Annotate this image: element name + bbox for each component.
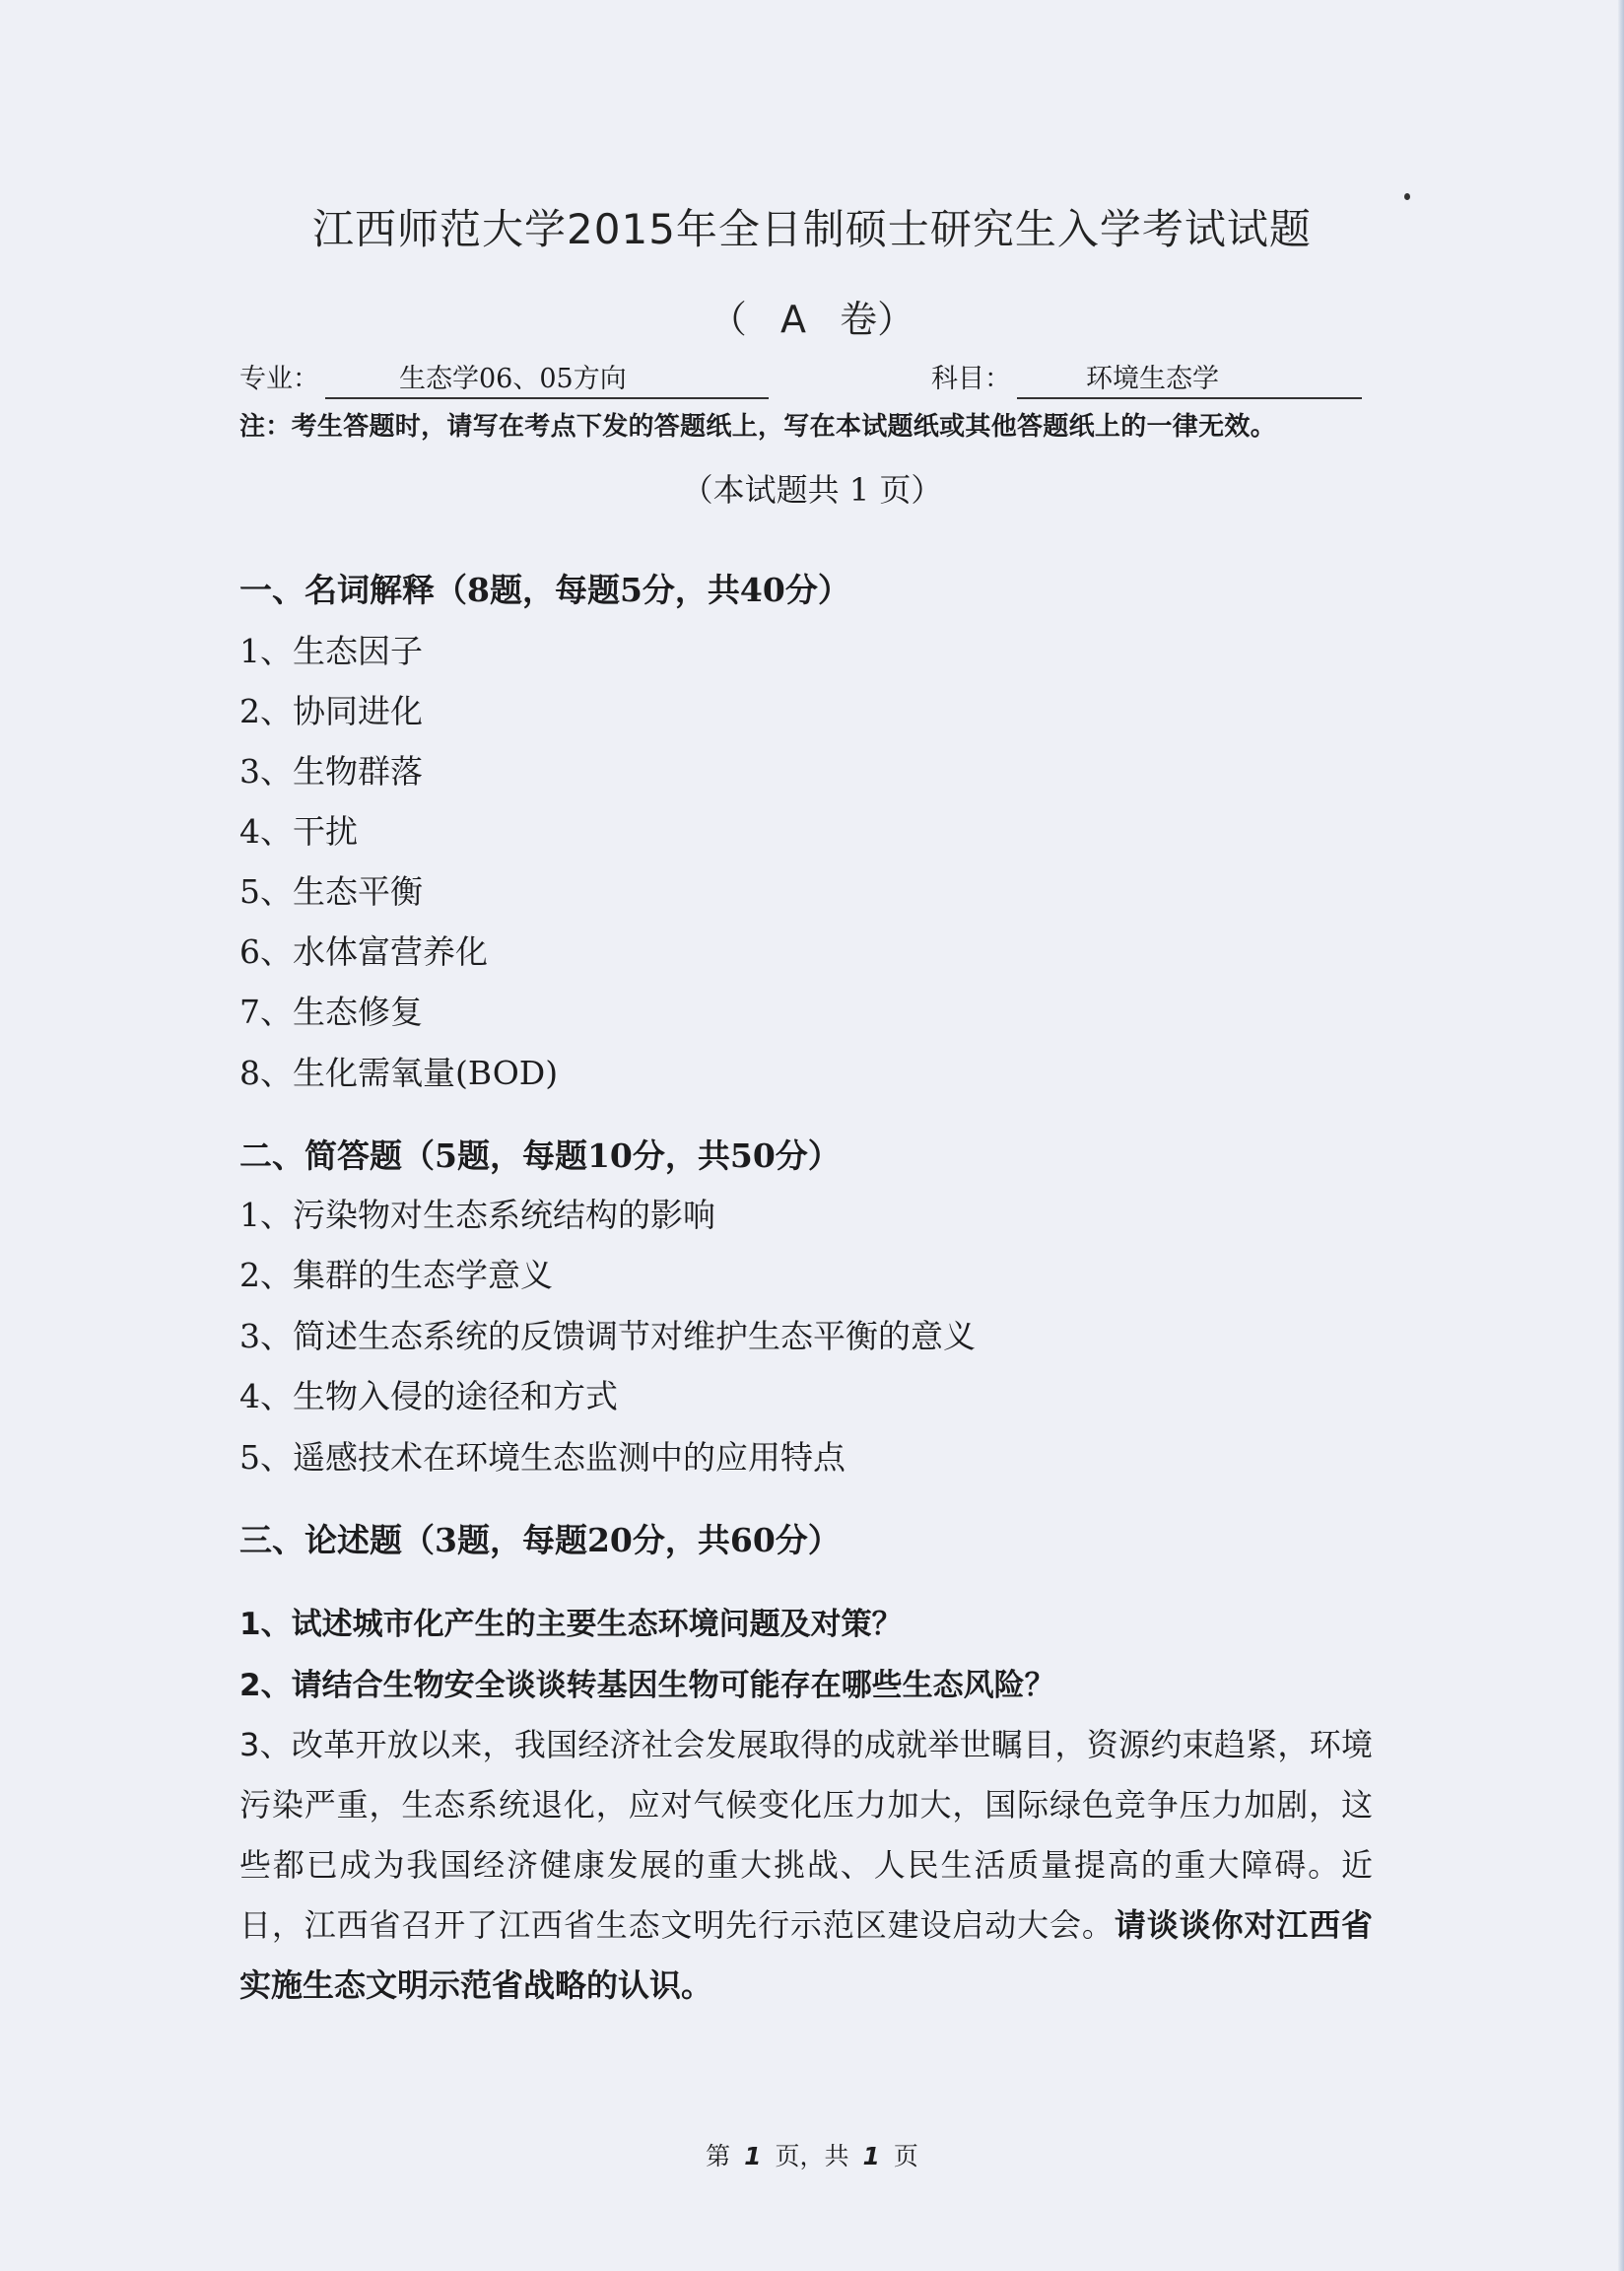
list-item: 6、水体富营养化 bbox=[239, 927, 488, 973]
footer-total-pages: 1 bbox=[863, 2142, 880, 2170]
subject-field: 科目：环境生态学 bbox=[931, 357, 1362, 396]
subject-value: 环境生态学 bbox=[1017, 357, 1362, 399]
exam-page: 江西师范大学2015年全日制硕士研究生入学考试试题 （ A 卷） 专业：生态学0… bbox=[0, 0, 1624, 2271]
major-field: 专业：生态学06、05方向 bbox=[239, 357, 769, 396]
list-item: 1、污染物对生态系统结构的影响 bbox=[239, 1190, 715, 1236]
footer-suffix: 页 bbox=[894, 2142, 918, 2170]
list-item: 4、干扰 bbox=[239, 806, 358, 853]
list-item: 2、请结合生物安全谈谈转基因生物可能存在哪些生态风险？ bbox=[239, 1660, 1055, 1704]
paper-variant: （ A 卷） bbox=[0, 289, 1624, 343]
exam-title: 江西师范大学2015年全日制硕士研究生入学考试试题 bbox=[0, 197, 1624, 256]
major-value: 生态学06、05方向 bbox=[325, 357, 769, 399]
footer-prefix: 第 bbox=[706, 2142, 730, 2170]
page-footer: 第1页，共1页 bbox=[0, 2137, 1624, 2172]
major-label: 专业： bbox=[239, 357, 319, 395]
list-item: 1、生态因子 bbox=[239, 626, 423, 672]
section-heading-3: 三、论述题（3题，每题20分，共60分） bbox=[239, 1515, 841, 1561]
list-item: 7、生态修复 bbox=[239, 987, 423, 1033]
subject-label: 科目： bbox=[931, 357, 1011, 395]
list-item: 5、生态平衡 bbox=[239, 866, 423, 913]
section-heading-2: 二、简答题（5题，每题10分，共50分） bbox=[239, 1131, 841, 1177]
list-item: 3、生物群落 bbox=[239, 746, 423, 792]
list-item: 5、遥感技术在环境生态监测中的应用特点 bbox=[239, 1432, 846, 1479]
essay-question-3: 3、改革开放以来，我国经济社会发展取得的成就举世瞩目，资源约束趋紧，环境污染严重… bbox=[239, 1715, 1373, 2016]
list-item: 2、集群的生态学意义 bbox=[239, 1250, 553, 1296]
footer-current-page: 1 bbox=[744, 2142, 761, 2170]
section-heading-1: 一、名词解释（8题，每题5分，共40分） bbox=[239, 565, 850, 611]
list-item: 3、简述生态系统的反馈调节对维护生态平衡的意义 bbox=[239, 1311, 976, 1357]
list-item: 8、生化需氧量(BOD) bbox=[239, 1048, 558, 1094]
footer-middle: 页，共 bbox=[775, 2142, 848, 2170]
page-count: （本试题共 1 页） bbox=[0, 465, 1624, 511]
list-item: 4、生物入侵的途径和方式 bbox=[239, 1371, 618, 1417]
list-item: 1、试述城市化产生的主要生态环境问题及对策？ bbox=[239, 1599, 903, 1643]
exam-note: 注：考生答题时，请写在考点下发的答题纸上，写在本试题纸或其他答题纸上的一律无效。 bbox=[239, 406, 1276, 443]
list-item: 2、协同进化 bbox=[239, 686, 423, 732]
